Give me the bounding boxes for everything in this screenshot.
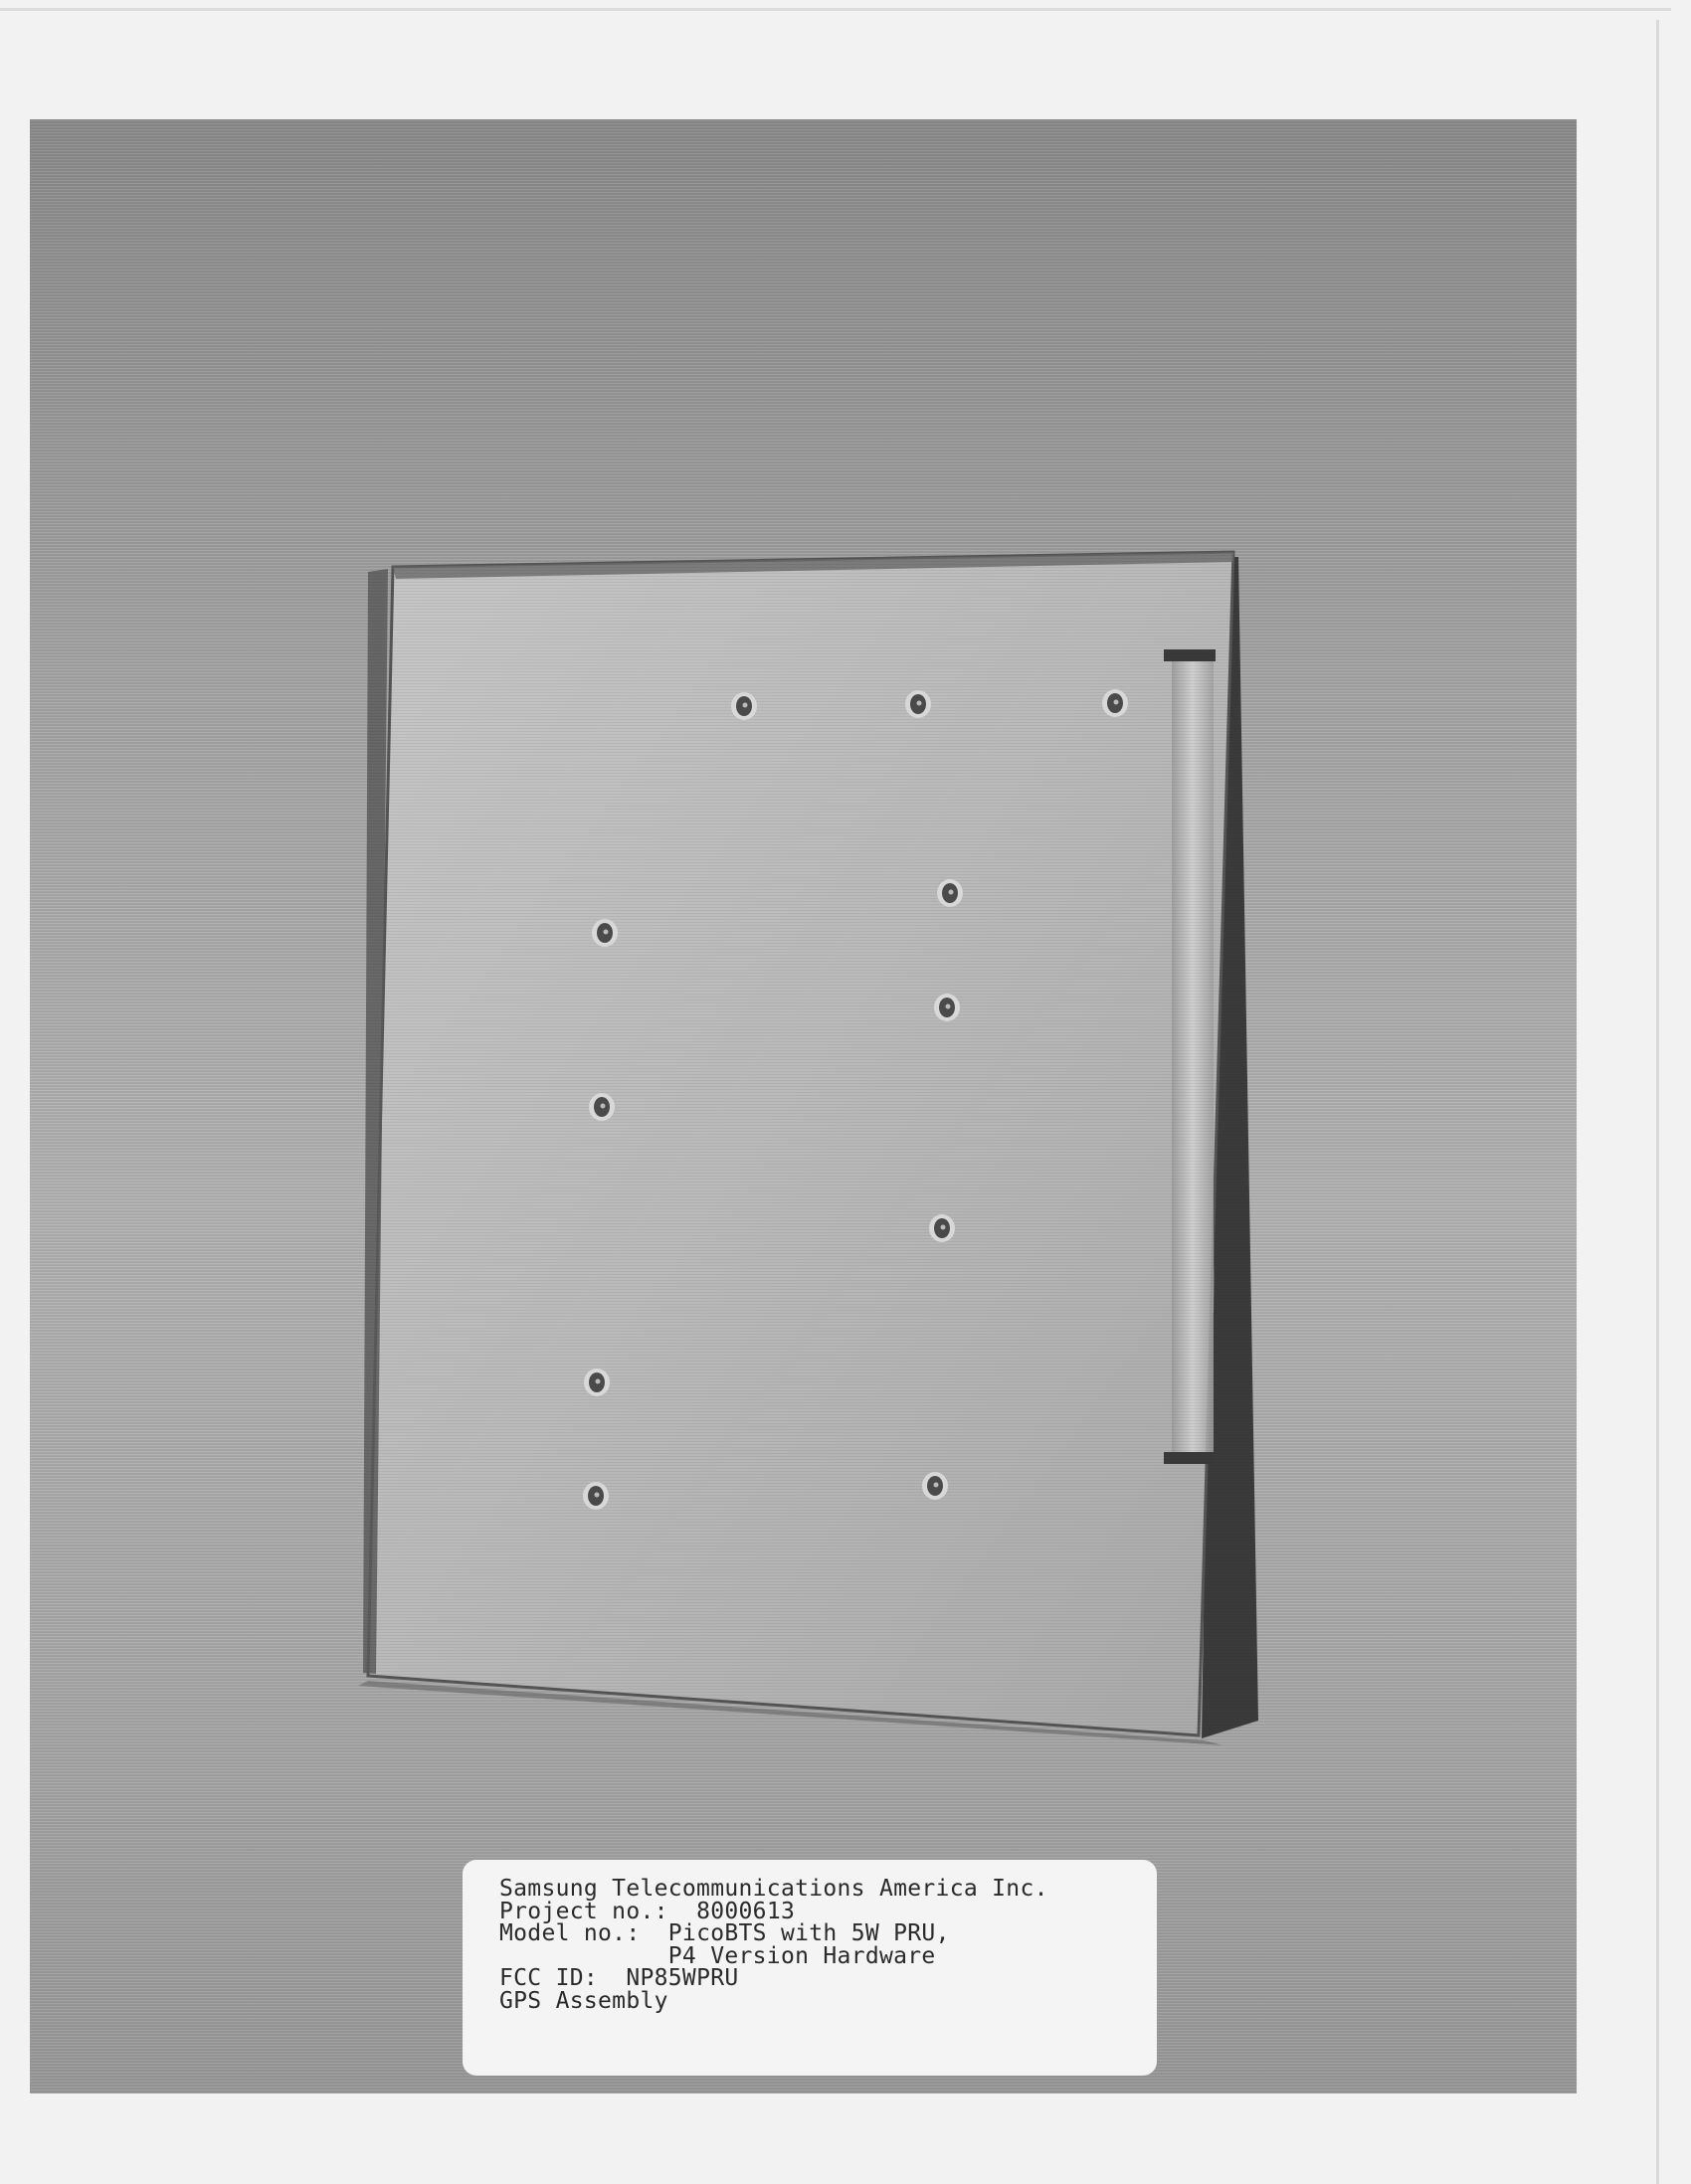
fcc-id: FCC ID: NP85WPRU <box>499 1967 1157 1990</box>
company-name: Samsung Telecommunications America Inc. <box>499 1878 1157 1901</box>
screw-icon <box>604 930 609 935</box>
model-number: Model no.: PicoBTS with 5W PRU, <box>499 1922 1157 1945</box>
screw-icon <box>743 703 748 708</box>
model-number-cont: P4 Version Hardware <box>499 1945 1157 1968</box>
screw-icon <box>917 701 922 706</box>
screw-icon <box>601 1104 606 1109</box>
exhibit-label: Samsung Telecommunications America Inc. … <box>463 1860 1157 2076</box>
screw-icon <box>941 1225 946 1230</box>
screw-icon <box>596 1379 601 1384</box>
screw-icon <box>946 1004 951 1009</box>
device-photo <box>30 119 1577 2093</box>
screw-icon <box>934 1483 939 1488</box>
assembly-description: GPS Assembly <box>499 1990 1157 2013</box>
screw-icon <box>595 1493 600 1498</box>
page-edge-top <box>0 8 1671 11</box>
screw-icon <box>949 890 954 895</box>
page-edge-right <box>1656 20 1659 2184</box>
project-number: Project no.: 8000613 <box>499 1901 1157 1923</box>
screw-icon <box>1114 700 1119 705</box>
device-plate-illustration <box>30 119 1577 2093</box>
